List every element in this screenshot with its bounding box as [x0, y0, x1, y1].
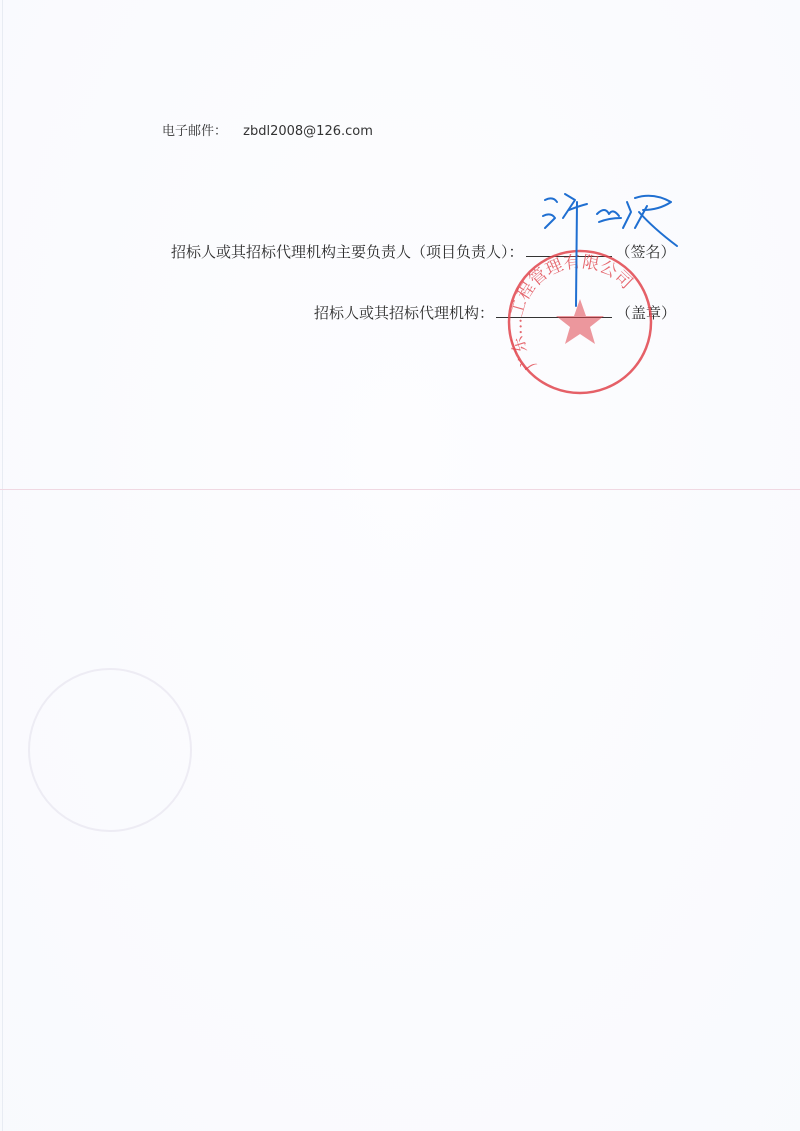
email-label: 电子邮件： [162, 124, 227, 139]
fold-line [0, 489, 800, 490]
seal-label: 招标人或其招标代理机构： [314, 304, 494, 322]
faint-stamp-showthrough [28, 668, 192, 832]
document-page: 电子邮件： zbdl2008@126.com 招标人或其招标代理机构主要负责人（… [0, 0, 800, 1131]
email-value: zbdl2008@126.com [243, 124, 373, 139]
email-row: 电子邮件： zbdl2008@126.com [162, 120, 373, 139]
handwritten-signature [535, 188, 685, 308]
scan-edge [2, 0, 3, 1131]
signature-label: 招标人或其招标代理机构主要负责人（项目负责人）： [171, 243, 524, 261]
